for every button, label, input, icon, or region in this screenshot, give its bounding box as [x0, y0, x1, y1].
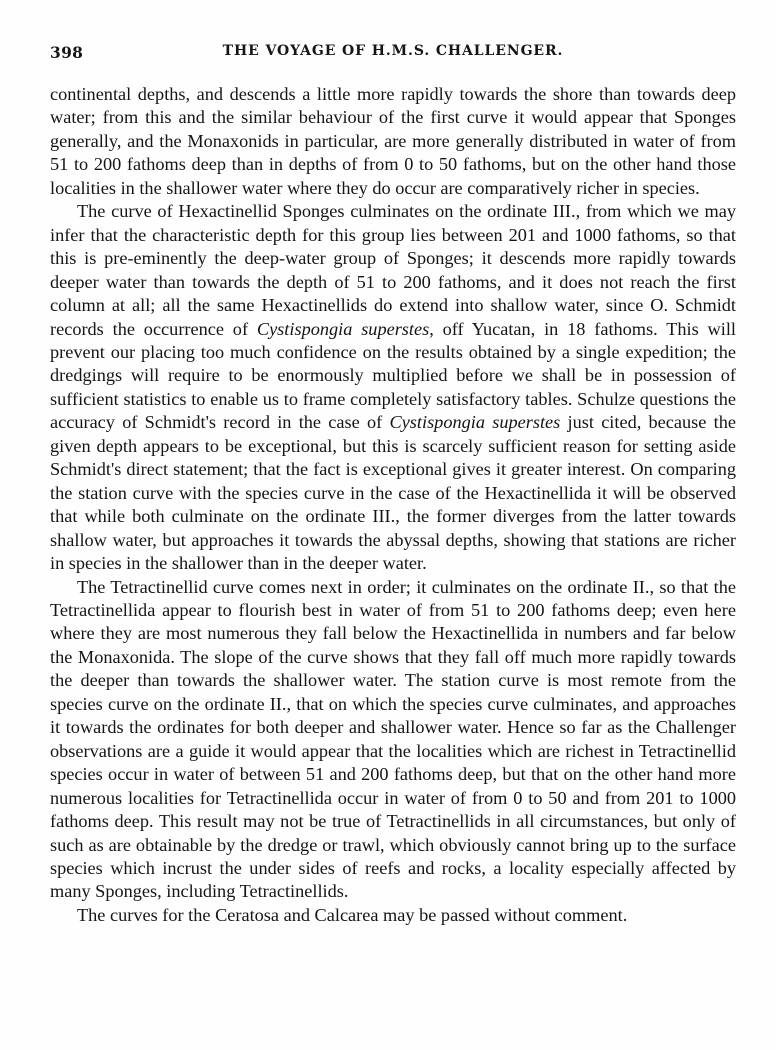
- text-segment: The curves for the Ceratosa and Calcarea…: [77, 905, 627, 925]
- paragraph-hexactinellid-curve: The curve of Hexactinellid Sponges culmi…: [50, 200, 736, 575]
- book-page: 398 THE VOYAGE OF H.M.S. CHALLENGER. con…: [0, 0, 776, 1050]
- species-name: Cystispongia superstes: [257, 319, 429, 339]
- species-name: Cystispongia superstes: [389, 412, 560, 432]
- text-segment: The Tetractinellid curve comes next in o…: [50, 577, 736, 902]
- paragraph-monaxonid-conclusion: continental depths, and descends a littl…: [50, 83, 736, 200]
- body-text: continental depths, and descends a littl…: [50, 83, 736, 927]
- paragraph-tetractinellid-curve: The Tetractinellid curve comes next in o…: [50, 576, 736, 904]
- paragraph-ceratosa-calcarea: The curves for the Ceratosa and Calcarea…: [50, 904, 736, 927]
- running-head: 398 THE VOYAGE OF H.M.S. CHALLENGER.: [50, 43, 736, 65]
- text-segment: continental depths, and descends a littl…: [50, 84, 736, 198]
- text-segment: just cited, because the given depth appe…: [50, 412, 736, 573]
- running-title: THE VOYAGE OF H.M.S. CHALLENGER.: [50, 43, 736, 59]
